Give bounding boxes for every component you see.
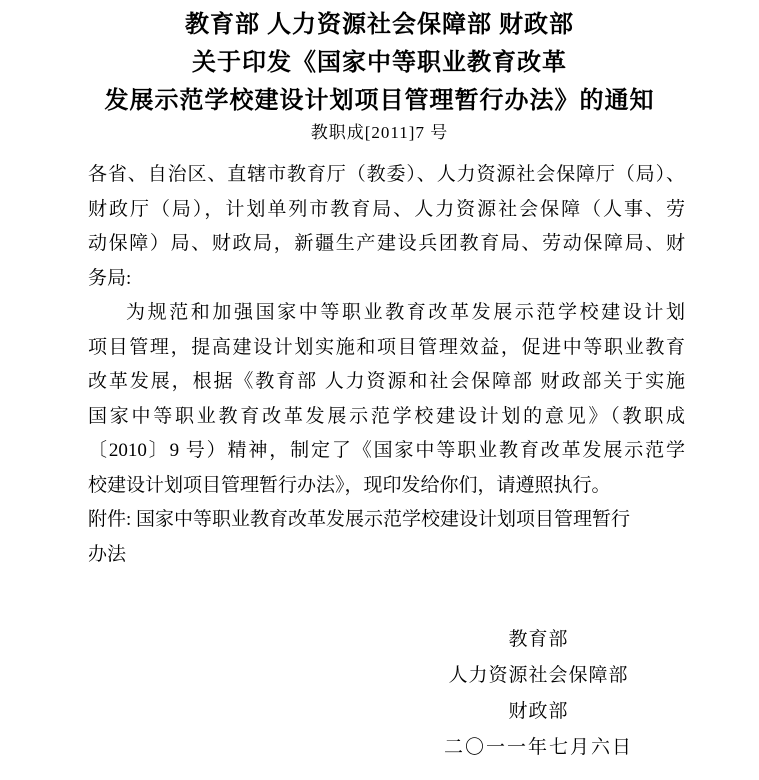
- addressee-line: 各省、自治区、直辖市教育厅（教委）、人力资源社会保障厅（局）、: [88, 158, 685, 193]
- document-title-line-1: 教育部 人力资源社会保障部 财政部: [0, 6, 759, 44]
- document-body: 各省、自治区、直辖市教育厅（教委）、人力资源社会保障厅（局）、 财政厅（局），计…: [88, 158, 685, 572]
- addressee-paragraph: 各省、自治区、直辖市教育厅（教委）、人力资源社会保障厅（局）、 财政厅（局），计…: [88, 158, 685, 296]
- main-paragraph-line: 为规范和加强国家中等职业教育改革发展示范学校建设计划: [88, 296, 685, 331]
- signer-name: 人力资源社会保障部: [444, 658, 633, 694]
- main-paragraph-line: 〔2010〕9 号）精神，制定了《国家中等职业教育改革发展示范学: [88, 434, 685, 469]
- main-paragraph-line: 改革发展，根据《教育部 人力资源和社会保障部 财政部关于实施: [88, 365, 685, 400]
- main-paragraph-line: 校建设计划项目管理暂行办法》，现印发给你们，请遵照执行。: [88, 469, 685, 504]
- main-paragraph-line: 国家中等职业教育改革发展示范学校建设计划的意见》（教职成: [88, 400, 685, 435]
- attachment-line: 办法: [88, 538, 685, 573]
- document-title-line-2: 关于印发《国家中等职业教育改革: [0, 44, 759, 82]
- document-number: 教职成[2011]7 号: [0, 120, 759, 146]
- addressee-line: 财政厅（局），计划单列市教育局、人力资源社会保障（人事、劳: [88, 193, 685, 228]
- signer-name: 财政部: [444, 694, 633, 730]
- addressee-line: 动保障）局、财政局，新疆生产建设兵团教育局、劳动保障局、财: [88, 227, 685, 262]
- attachment-note: 附件: 国家中等职业教育改革发展示范学校建设计划项目管理暂行 办法: [88, 503, 685, 572]
- document-title-line-3: 发展示范学校建设计划项目管理暂行办法》的通知: [0, 82, 759, 120]
- main-paragraph: 为规范和加强国家中等职业教育改革发展示范学校建设计划 项目管理，提高建设计划实施…: [88, 296, 685, 503]
- signature-date: 二〇一一年七月六日: [444, 730, 633, 766]
- signer-name: 教育部: [444, 622, 633, 658]
- document-page: 教育部 人力资源社会保障部 财政部 关于印发《国家中等职业教育改革 发展示范学校…: [0, 0, 759, 780]
- addressee-line: 务局:: [88, 262, 685, 297]
- attachment-line: 附件: 国家中等职业教育改革发展示范学校建设计划项目管理暂行: [88, 503, 685, 538]
- main-paragraph-line: 项目管理，提高建设计划实施和项目管理效益，促进中等职业教育: [88, 331, 685, 366]
- signature-block: 教育部 人力资源社会保障部 财政部 二〇一一年七月六日: [444, 622, 633, 766]
